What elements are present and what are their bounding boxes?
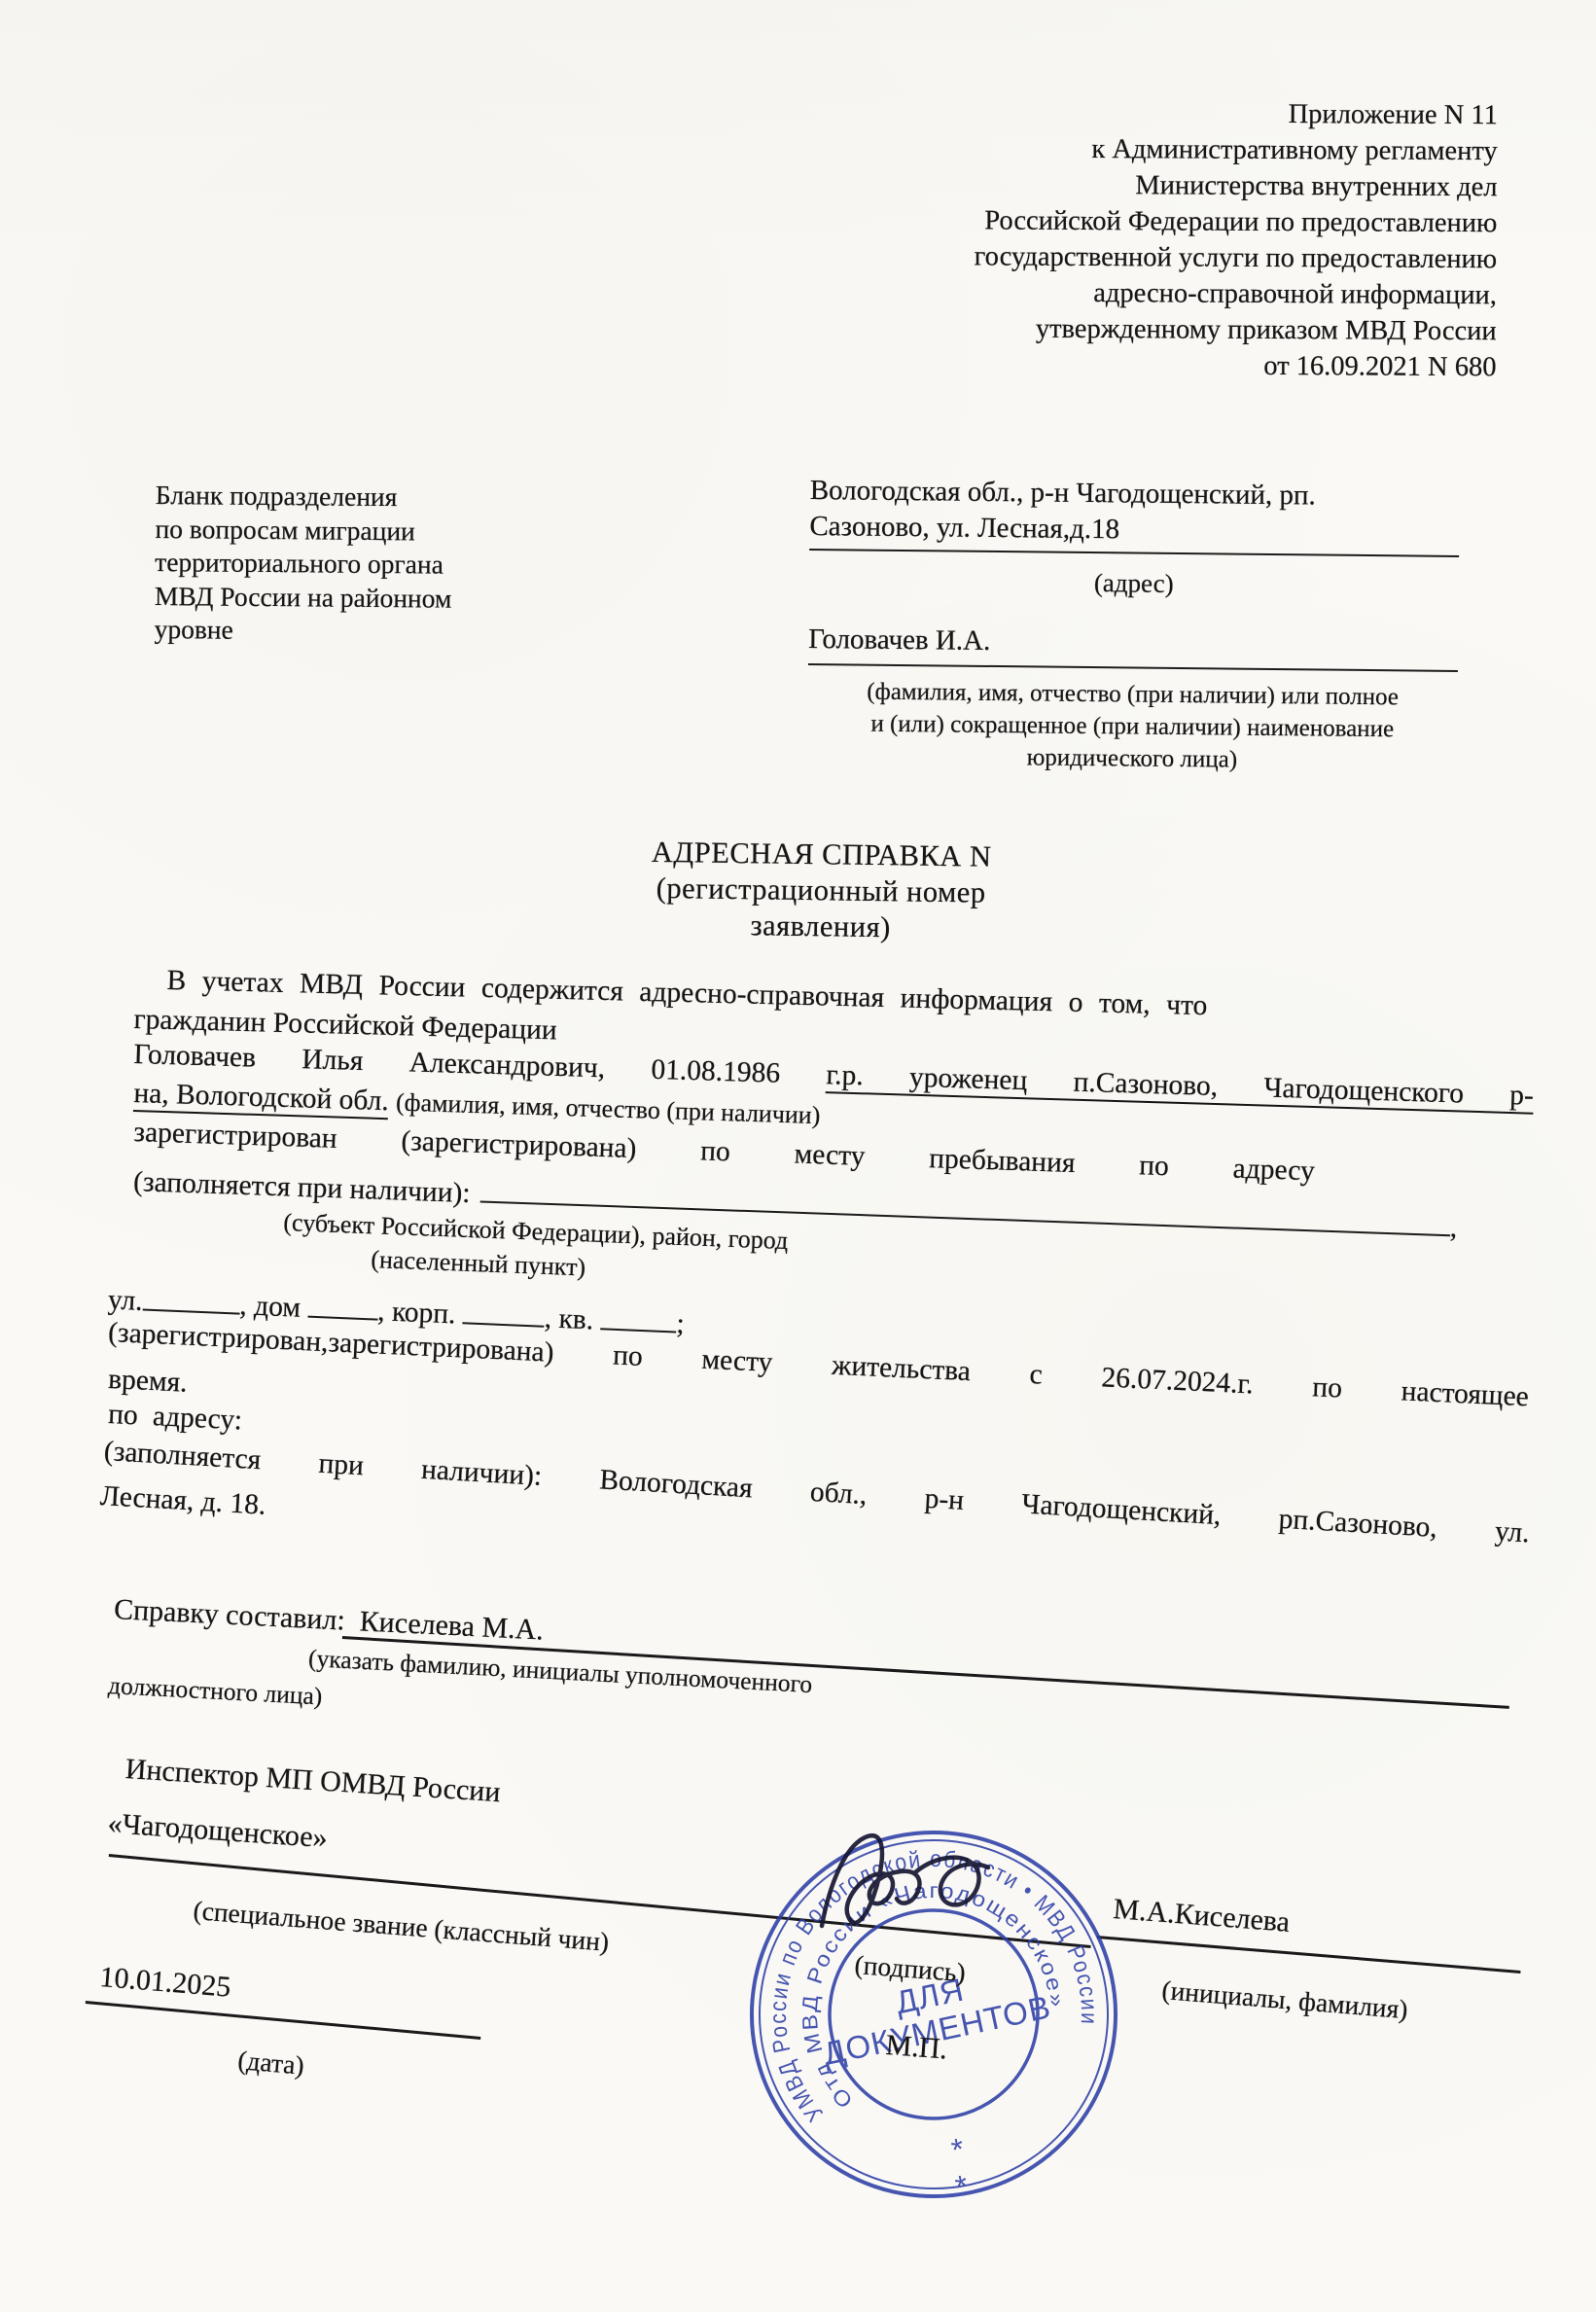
title-line3: заявления) bbox=[523, 905, 1117, 949]
appendix-header-line: от 16.09.2021 N 680 bbox=[718, 345, 1496, 385]
letterhead-block: Бланк подразделения по вопросам миграции… bbox=[154, 479, 452, 649]
body-line-12: по адресу: bbox=[107, 1399, 242, 1437]
appendix-header-line: к Административному регламенту bbox=[720, 129, 1498, 169]
appendix-header-line: Министерства внутренних дел bbox=[719, 165, 1497, 205]
street-label: ул. bbox=[107, 1284, 143, 1316]
initials-caption: (инициалы, фамилия) bbox=[1160, 1974, 1408, 2025]
stamp-star-1: * bbox=[948, 2131, 969, 2168]
birthplace-underlined: г.р. уроженец п.Сазоново, Чагодощенского… bbox=[826, 1059, 1534, 1115]
appendix-header: Приложение N 11 к Административному регл… bbox=[718, 93, 1498, 385]
letterhead-line: Бланк подразделения bbox=[156, 479, 453, 515]
letterhead-line: по вопросам миграции bbox=[155, 512, 452, 548]
appendix-header-line: адресно-справочной информации, bbox=[719, 273, 1497, 313]
fio-caption: (фамилия, имя, отчество (при наличии) bbox=[396, 1087, 821, 1129]
document-title: АДРЕСНАЯ СПРАВКА N (регистрационный номе… bbox=[523, 833, 1117, 949]
handwritten-signature bbox=[768, 1811, 1060, 1957]
appendix-header-line: Приложение N 11 bbox=[720, 93, 1498, 133]
initials-underline bbox=[1097, 1936, 1521, 1974]
prepared-by-label: Справку составил: bbox=[113, 1593, 345, 1637]
apt-label: , кв. bbox=[544, 1302, 594, 1335]
address-caption: (адрес) bbox=[809, 564, 1459, 603]
body-line-13: (заполняется при наличии): Вологодская о… bbox=[103, 1436, 1530, 1549]
scanned-address-certificate: { "appendix_header": { "lines": [ "Прило… bbox=[0, 0, 1596, 2312]
appendix-header-line: Российской Федерации по предоставлению bbox=[719, 201, 1497, 241]
birthplace-underlined-cont: на, Вологодской обл. bbox=[133, 1078, 389, 1120]
blank-bldg bbox=[463, 1293, 546, 1327]
bldg-label: , корп. bbox=[377, 1296, 457, 1330]
body-line-11: время. bbox=[108, 1364, 189, 1400]
recipient-block: Вологодская обл., р-н Чагодощенский, рп.… bbox=[807, 473, 1460, 778]
stamp-place-label: М.П. bbox=[885, 2029, 949, 2067]
name-caption-line: юридического лица) bbox=[807, 739, 1457, 778]
blank-house bbox=[307, 1287, 378, 1320]
blank-street bbox=[142, 1279, 240, 1314]
body-line-14: Лесная, д. 18. bbox=[99, 1480, 266, 1522]
letterhead-line: территориального органа bbox=[155, 546, 452, 582]
blank-apt bbox=[600, 1298, 677, 1333]
appendix-header-line: государственной услуги по предоставлению bbox=[719, 237, 1497, 277]
appendix-header-line: утвержденному приказом МВД России bbox=[719, 309, 1497, 349]
house-label: , дом bbox=[239, 1290, 301, 1324]
date-value: 10.01.2025 bbox=[98, 1961, 231, 2005]
prepared-by-row: Справку составил: Киселева М.А. bbox=[113, 1593, 544, 1648]
recipient-address-line2: Сазоново, ул. Лесная,д.18 bbox=[809, 509, 1459, 551]
name-underline bbox=[808, 663, 1458, 672]
recipient-name: Головачев И.А. bbox=[808, 622, 1458, 664]
stamp-star-2: * bbox=[952, 2168, 973, 2205]
position-line1: Инспектор МП ОМВД России bbox=[124, 1753, 502, 1809]
body-line-10: (зарегистрирован,зарегистрирована) по ме… bbox=[108, 1317, 1530, 1413]
date-caption: (дата) bbox=[236, 2045, 305, 2081]
prepared-caption-line1: (указать фамилию, инициалы уполномоченно… bbox=[307, 1644, 813, 1699]
name-caption: (фамилия, имя, отчество (при наличии) ил… bbox=[807, 675, 1458, 778]
semicolon: ; bbox=[676, 1308, 686, 1339]
name-caption-line: и (или) сокращенное (при наличии) наимен… bbox=[807, 707, 1457, 746]
date-underline bbox=[86, 2001, 481, 2040]
prepared-caption-line2: должностного лица) bbox=[107, 1671, 323, 1711]
signature-stroke bbox=[822, 1835, 988, 1926]
position-line2: «Чагодощенское» bbox=[107, 1807, 329, 1855]
rank-caption: (специальное звание (классный чин) bbox=[193, 1895, 611, 1958]
body-line-8: (населенный пункт) bbox=[371, 1245, 586, 1282]
comma: , bbox=[1449, 1212, 1458, 1244]
letterhead-line: уровне bbox=[154, 613, 451, 649]
letterhead-line: МВД России на районном bbox=[155, 579, 452, 615]
fill-if-available-label: (заполняется при наличии): bbox=[133, 1165, 472, 1209]
initials-name: М.А.Киселева bbox=[1112, 1893, 1291, 1939]
